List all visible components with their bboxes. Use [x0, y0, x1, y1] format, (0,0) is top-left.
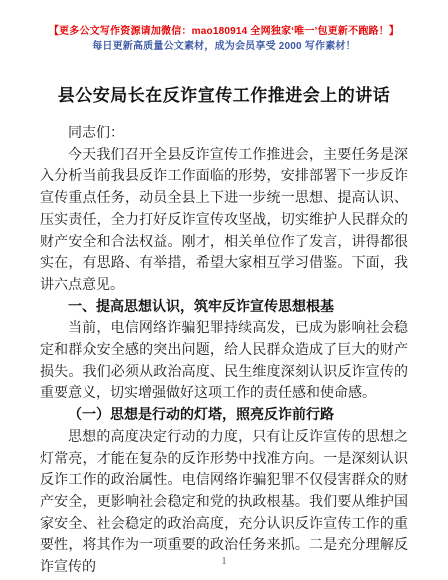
document-body: 同志们： 今天我们召开全县反诈宣传工作推进会，主要任务是深入分析当前我县反诈工作…: [40, 123, 408, 579]
section-heading-1: 一、提高思想认识，筑牢反诈宣传思想根基: [40, 297, 408, 319]
page-number: 1: [0, 555, 448, 567]
ad-line-wechat: 【更多公文写作资源请加微信：mao180914 全网独家‘唯一’包更新不跑路！】: [0, 25, 448, 39]
paragraph-section-1-intro: 当前，电信网络诈骗犯罪持续高发，已成为影响社会稳定和群众安全感的突出问题，给人民…: [40, 318, 408, 405]
subsection-heading-1: （一）思想是行动的灯塔，照亮反诈前行路: [40, 405, 408, 427]
document-title: 县公安局长在反诈宣传工作推进会上的讲话: [30, 85, 418, 107]
paragraph-intro: 今天我们召开全县反诈宣传工作推进会，主要任务是深入分析当前我县反诈工作面临的形势…: [40, 145, 408, 297]
paragraph-salutation: 同志们：: [40, 123, 408, 145]
ad-header: 【更多公文写作资源请加微信：mao180914 全网独家‘唯一’包更新不跑路！】…: [0, 25, 448, 54]
ad-line-membership: 每日更新高质量公文素材，成为会员享受 2000 写作素材！: [0, 40, 448, 54]
document-page: 【更多公文写作资源请加微信：mao180914 全网独家‘唯一’包更新不跑路！】…: [0, 0, 448, 580]
